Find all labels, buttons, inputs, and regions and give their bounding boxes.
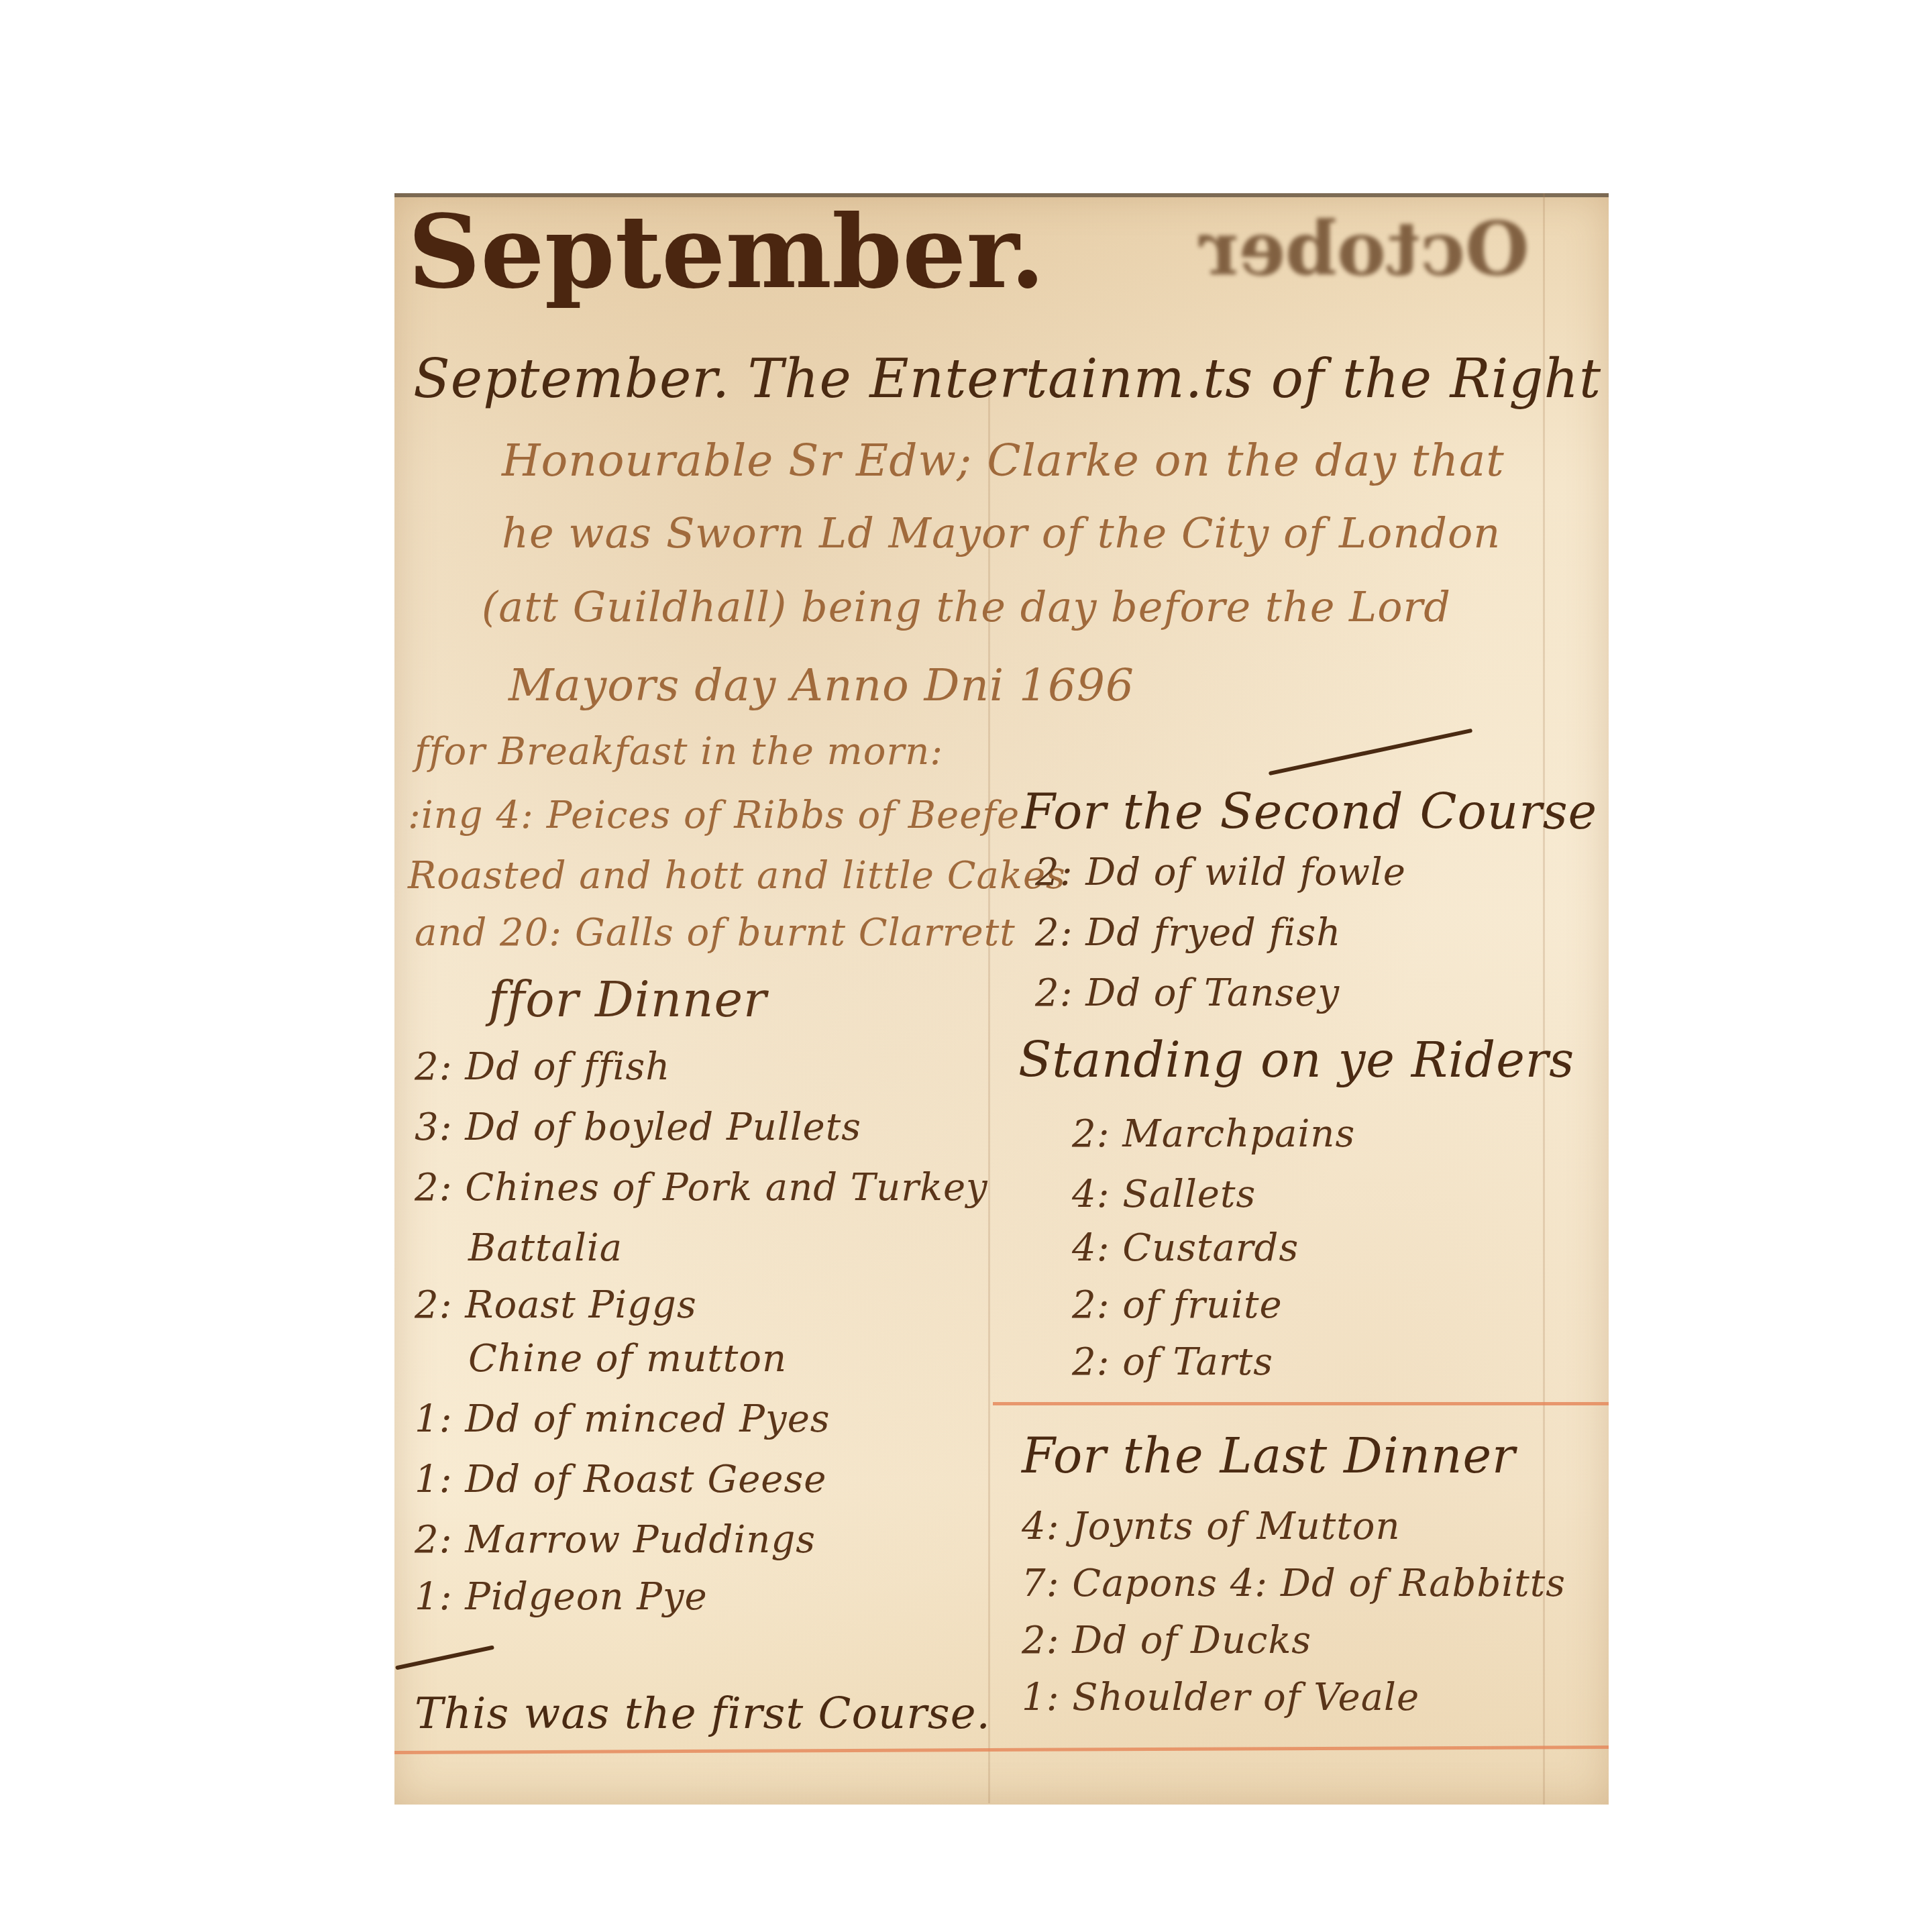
breakfast-line-4: and 20: Galls of burnt Clarrett — [415, 911, 1016, 955]
dinner-item: 1: Pidgeon Pye — [415, 1575, 708, 1619]
dinner-item: 2: Dd of ffish — [415, 1045, 670, 1089]
month-heading: September. — [408, 193, 1045, 311]
manuscript-page: September. October September. The Entert… — [394, 193, 1609, 1805]
title-line-5: Mayors day Anno Dni 1696 — [508, 659, 1134, 711]
dinner-item: 1: Dd of minced Pyes — [415, 1397, 830, 1441]
breakfast-line-2: :ing 4: Peices of Ribbs of Beefe — [408, 794, 1020, 837]
title-line-3: he was Sworn Ld Mayor of the City of Lon… — [502, 508, 1501, 557]
last-dinner-heading: For the Last Dinner — [1022, 1428, 1516, 1484]
flourish-stroke — [395, 1645, 494, 1670]
red-rule-right — [993, 1402, 1609, 1405]
riders-item: 2: of fruite — [1072, 1283, 1283, 1327]
dinner-item: 3: Dd of boyled Pullets — [415, 1106, 861, 1149]
red-rule-bottom — [394, 1746, 1609, 1754]
bleedthrough-heading: October — [1199, 205, 1529, 292]
last-dinner-item: 2: Dd of Ducks — [1022, 1619, 1311, 1662]
dinner-item: 1: Dd of Roast Geese — [415, 1458, 826, 1501]
last-dinner-item: 4: Joynts of Mutton — [1022, 1505, 1401, 1548]
breakfast-line-3: Roasted and hott and little Cakes — [408, 854, 1066, 898]
title-line-4: (att Guildhall) being the day before the… — [482, 582, 1451, 631]
dinner-item: Chine of mutton — [468, 1337, 787, 1381]
dinner-item: 2: Roast Piggs — [415, 1283, 697, 1327]
dinner-item: Battalia — [468, 1226, 623, 1270]
second-course-item: 2: Dd of wild fowle — [1035, 851, 1406, 894]
title-line-2: Honourable Sr Edw; Clarke on the day tha… — [502, 435, 1505, 486]
second-course-item: 2: Dd of Tansey — [1035, 971, 1340, 1015]
riders-item: 2: of Tarts — [1072, 1340, 1273, 1384]
riders-item: 4: Sallets — [1072, 1173, 1256, 1216]
dinner-item: 2: Chines of Pork and Turkey — [415, 1166, 988, 1210]
last-dinner-item: 1: Shoulder of Veale — [1022, 1676, 1419, 1719]
title-line-1: September. The Entertainm.ts of the Righ… — [413, 347, 1601, 410]
breakfast-line-1: ffor Breakfast in the morn: — [415, 730, 943, 773]
riders-item: 2: Marchpains — [1072, 1112, 1355, 1156]
last-dinner-item: 7: Capons 4: Dd of Rabbitts — [1022, 1562, 1566, 1605]
second-course-item: 2: Dd fryed fish — [1035, 911, 1341, 955]
riders-heading: Standing on ye Riders — [1018, 1032, 1574, 1088]
riders-item: 4: Custards — [1072, 1226, 1299, 1270]
second-course-heading: For the Second Course — [1022, 784, 1597, 840]
flourish-stroke — [1269, 729, 1472, 775]
dinner-heading: ffor Dinner — [488, 971, 767, 1028]
first-course-footer: This was the first Course. — [415, 1689, 991, 1739]
dinner-item: 2: Marrow Puddings — [415, 1518, 816, 1562]
